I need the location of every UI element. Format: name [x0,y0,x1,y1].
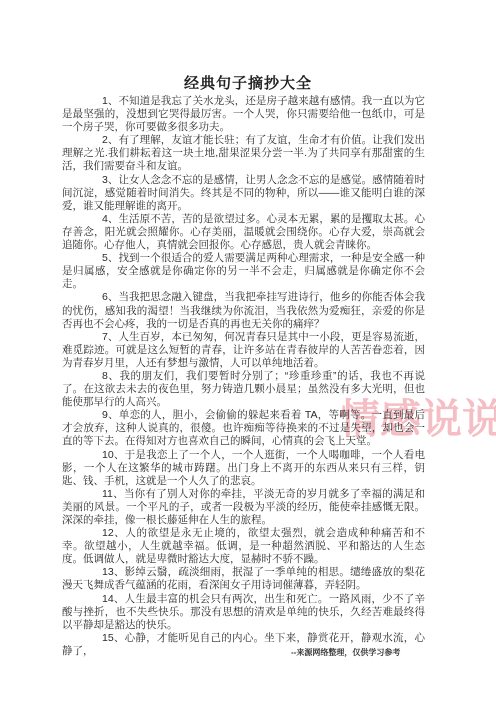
paragraph: 1、不知道是我忘了关水龙头，还是房子越来越有感情。我一直以为它是最坚强的，没想到… [62,95,425,134]
paragraph: 10、于是我恋上了一个人，一个人逛街，一个人喝咖啡，一个人看电影，一个人在这繁华… [62,449,425,488]
paragraph: 13、影绰云翳，疏淡细雨，抿湿了一季单纯的相思。缱绻盛放的梨花漫天飞舞成香气蕴涵… [62,566,425,592]
paragraph: 14、人生最丰富的机会只有两次，出生和死亡。一路风雨，少不了辛酸与挫折，也不失些… [62,593,425,632]
paragraph: 5、找到一个很适合的爱人需要满足两种心理需求，一种是安全感一种是归属感，安全感就… [62,252,425,291]
paragraph: 4、生活原不苦，苦的是欲望过多。心灵本无累，累的是攫取太甚。心存善念，阳光就会照… [62,213,425,252]
paragraph: 6、当我把思念融入键盘，当我把牵挂写进诗行，他乡的你能否体会我的忧伤，感知我的渴… [62,291,425,330]
paragraph: 9、单恋的人，胆小，会偷偷的躲起来看着 TA，等啊等。一直到最后才会放弃，这种人… [62,409,425,448]
source-note: --来源网络整理，仅供学习参考 [291,647,400,658]
page-title: 经典句子摘抄大全 [0,72,496,93]
paragraph-list: 1、不知道是我忘了关水龙头，还是房子越来越有感情。我一直以为它是最坚强的，没想到… [62,95,425,658]
paragraph: 3、让女人念念不忘的是感情，让男人念念不忘的是感觉。感情随着时间沉淀，感觉随着时… [62,174,425,213]
document-page: 情感说说 经典句子摘抄大全 1、不知道是我忘了关水龙头，还是房子越来越有感情。我… [0,0,496,702]
paragraph: 2、有了理解，友谊才能长驻；有了友谊，生命才有价值。让我们发出理解之光.我们耕耘… [62,134,425,173]
paragraph: 7、人生百岁，本已匆匆，何况青春只是其中一小段，更是容易流逝，难觅踪迹。可就是这… [62,331,425,370]
paragraph: 8、我的朋友们，我们要暂时分别了；“珍重珍重”的话，我也不再说了。在这欲去未去的… [62,370,425,409]
paragraph: 11、当你有了别人对你的牵挂，平淡无奇的岁月就多了幸福的满足和美丽的风景。一个平… [62,488,425,527]
paragraph: 12、人的欲望是永无止境的，欲望太强烈，就会造成种种痛苦和不幸。欲望越小，人生就… [62,527,425,566]
